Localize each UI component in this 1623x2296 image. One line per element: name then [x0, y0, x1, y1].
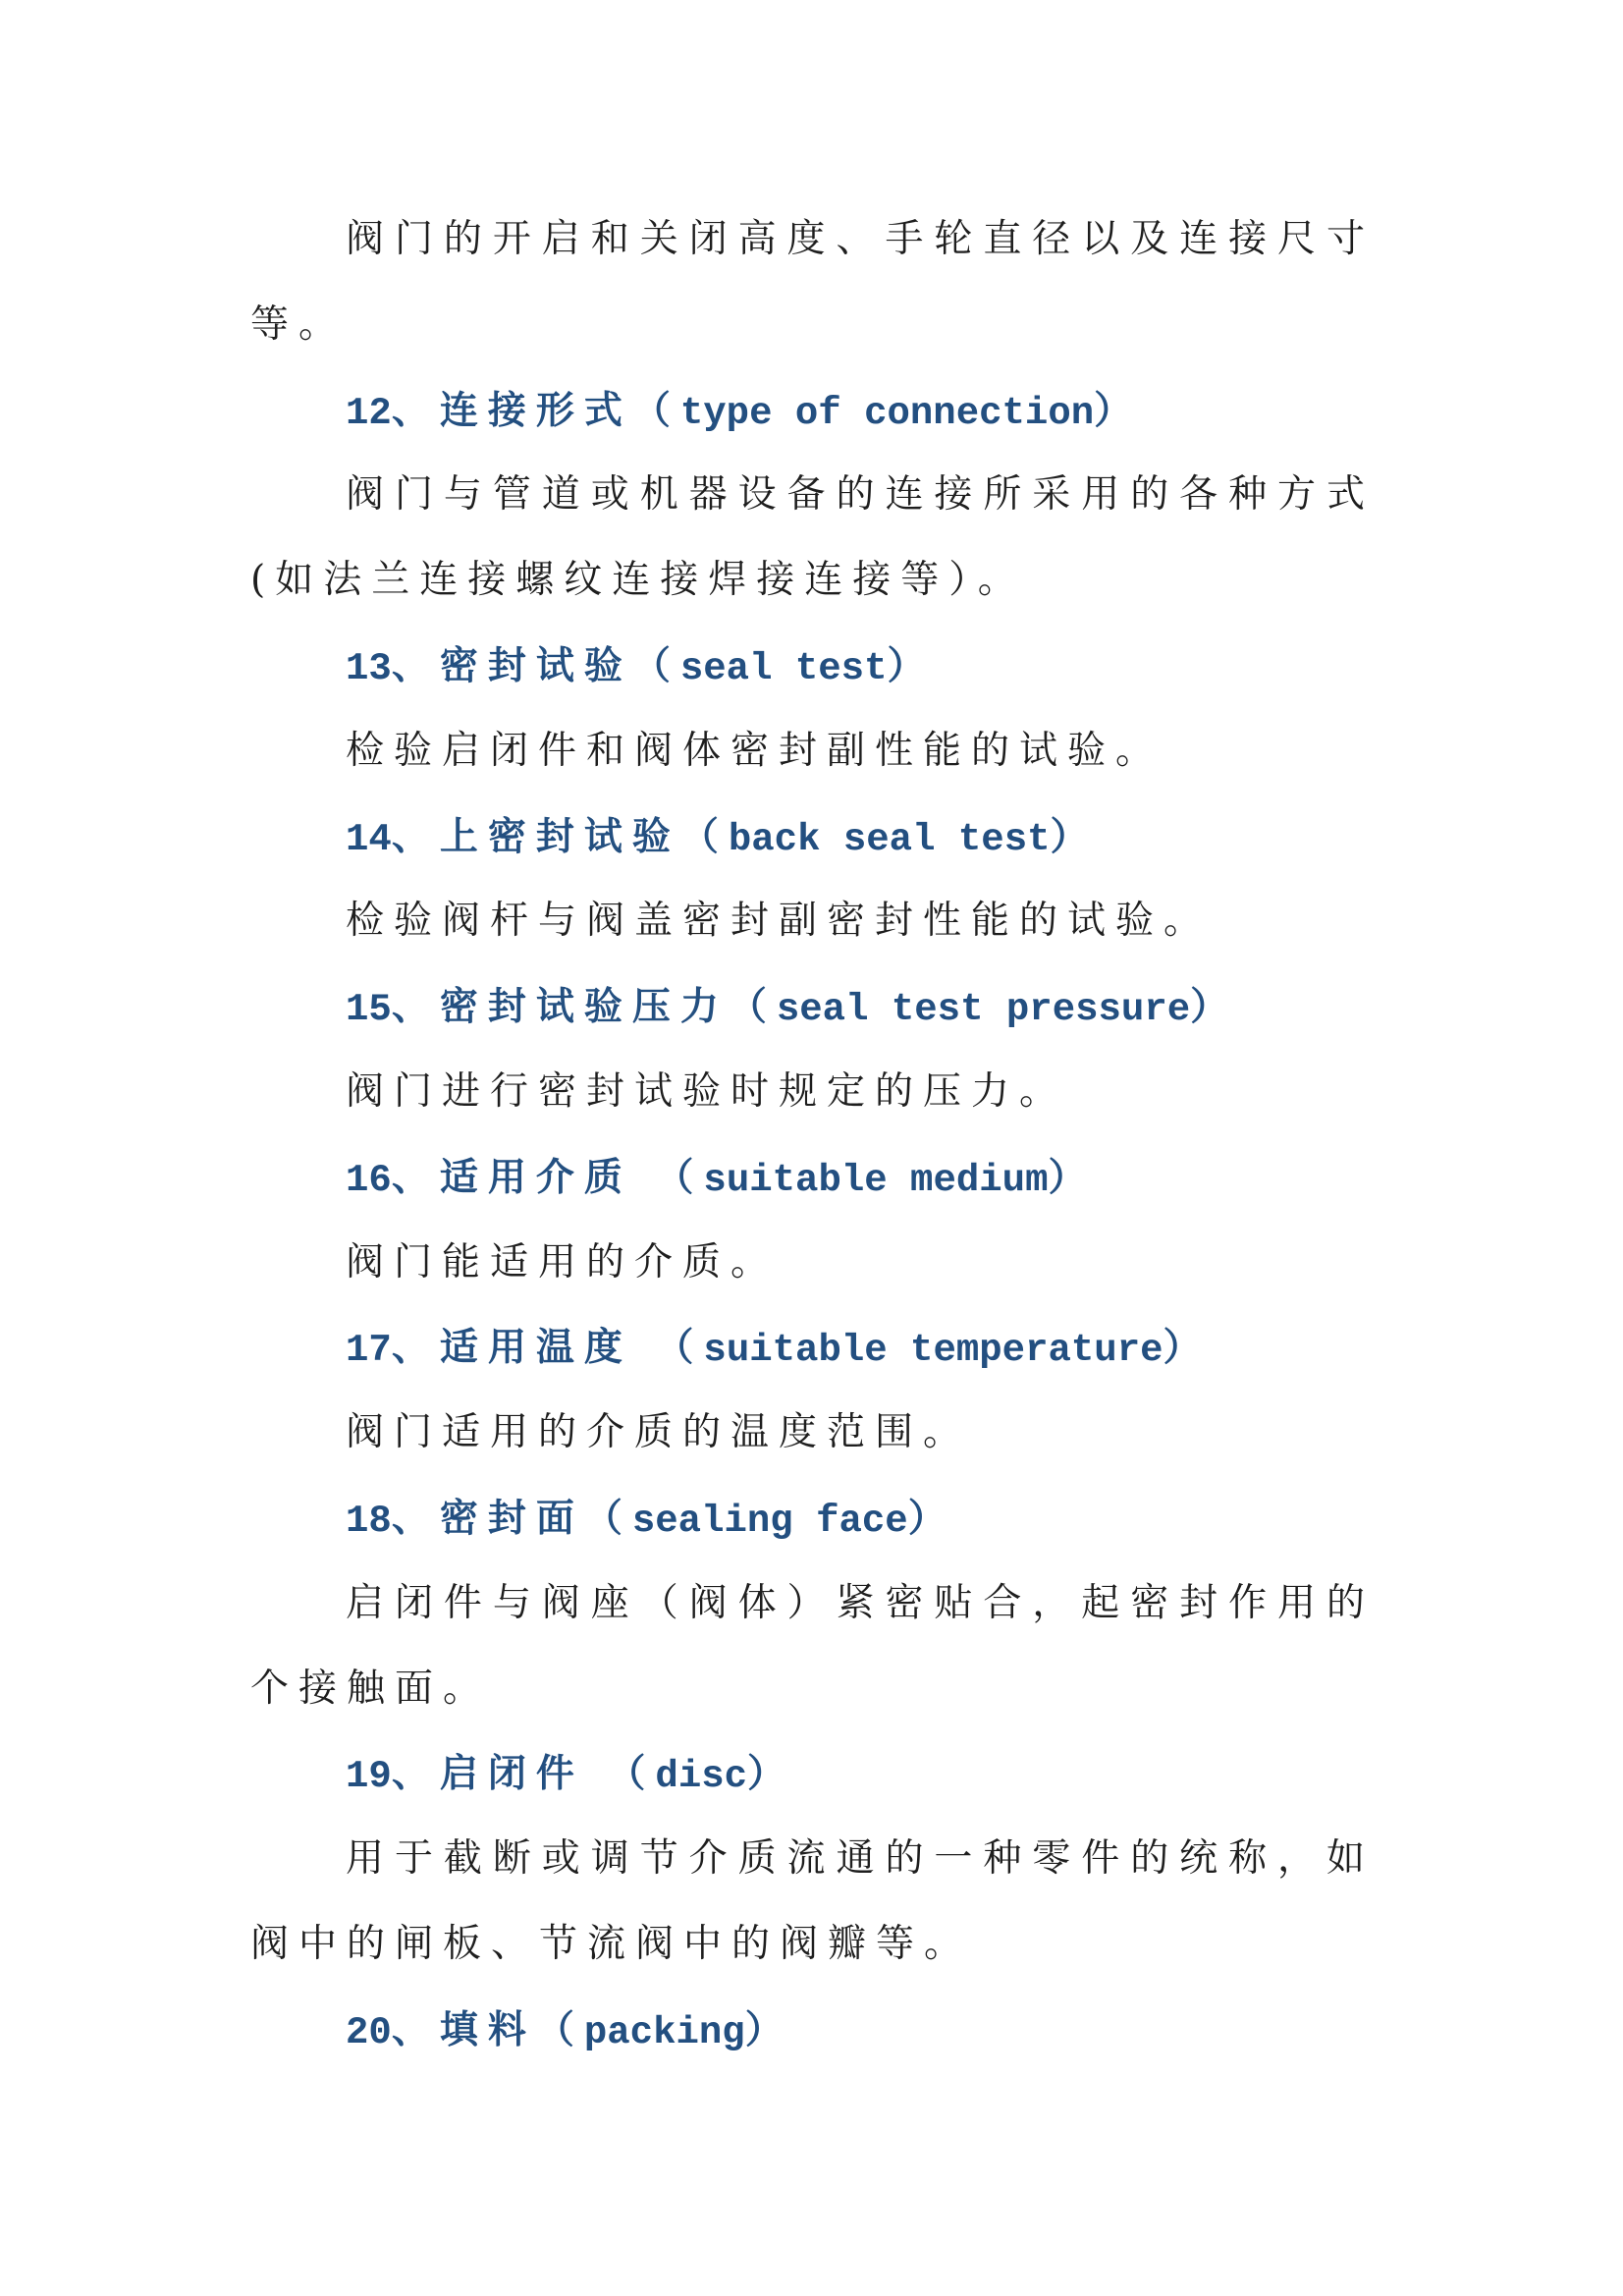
heading-number: 17 — [346, 1329, 392, 1372]
body-line: 个接触面。 — [250, 1647, 1375, 1732]
body-line: 阀门进行密封试验时规定的压力。 — [250, 1050, 1375, 1135]
heading-number: 16 — [346, 1159, 392, 1202]
body-line: 阀门适用的介质的温度范围。 — [250, 1391, 1375, 1476]
body-line: 阀中的闸板、节流阀中的阀瓣等。 — [250, 1902, 1375, 1988]
heading-title-cn: 密封面 — [440, 1496, 584, 1541]
heading-title-cn: 填料 — [440, 2007, 536, 2052]
heading-title-en: suitable medium — [703, 1159, 1048, 1202]
body-line: 等。 — [250, 283, 1375, 368]
heading-title-en: seal test pressure — [777, 988, 1190, 1031]
section-heading-13: 13、密封试验（seal test） — [250, 624, 1375, 709]
heading-separator: 、 — [392, 1155, 440, 1200]
heading-separator: 、 — [392, 643, 440, 688]
heading-open-paren: （ — [607, 1751, 655, 1796]
heading-open-paren: （ — [632, 388, 680, 433]
heading-title-en: back seal test — [729, 818, 1051, 861]
heading-number: 19 — [346, 1755, 392, 1798]
heading-title-cn: 连接形式 — [440, 388, 632, 433]
heading-title-cn: 适用介质 — [440, 1155, 656, 1200]
heading-separator: 、 — [392, 1751, 440, 1796]
heading-open-paren: （ — [584, 1496, 632, 1541]
section-heading-12: 12、连接形式（type of connection） — [250, 368, 1375, 454]
heading-close-paren: ） — [745, 2007, 793, 2052]
heading-separator: 、 — [392, 388, 440, 433]
section-heading-19: 19、启闭件 （disc） — [250, 1731, 1375, 1817]
heading-separator: 、 — [392, 1325, 440, 1370]
heading-number: 14 — [346, 818, 392, 861]
heading-open-paren: （ — [536, 2007, 584, 2052]
body-line: 阀门与管道或机器设备的连接所采用的各种方式 — [250, 453, 1375, 538]
heading-close-paren: ） — [1163, 1325, 1212, 1370]
section-heading-16: 16、适用介质 （suitable medium） — [250, 1135, 1375, 1221]
body-line: 启闭件与阀座（阀体）紧密贴合，起密封作用的两 — [250, 1561, 1375, 1647]
heading-title-en: disc — [655, 1755, 747, 1798]
heading-close-paren: ） — [1051, 814, 1099, 859]
section-heading-18: 18、密封面（sealing face） — [250, 1476, 1375, 1561]
body-line: 用于截断或调节介质流通的一种零件的统称，如闸 — [250, 1817, 1375, 1902]
heading-title-cn: 适用温度 — [440, 1325, 656, 1370]
heading-number: 18 — [346, 1500, 392, 1543]
heading-separator: 、 — [392, 1496, 440, 1541]
heading-title-cn: 密封试验 — [440, 643, 632, 688]
section-heading-15: 15、密封试验压力（seal test pressure） — [250, 964, 1375, 1050]
heading-separator: 、 — [392, 984, 440, 1029]
heading-title-en: suitable temperature — [703, 1329, 1163, 1372]
heading-close-paren: ） — [1094, 388, 1142, 433]
heading-close-paren: ） — [747, 1751, 795, 1796]
heading-title-cn: 密封试验压力 — [440, 984, 729, 1029]
heading-close-paren: ） — [1190, 984, 1238, 1029]
heading-title-en: type of connection — [680, 392, 1094, 435]
heading-title-cn: 上密封试验 — [440, 814, 680, 859]
heading-title-en: seal test — [680, 647, 888, 690]
heading-number: 12 — [346, 392, 392, 435]
heading-separator: 、 — [392, 2007, 440, 2052]
heading-number: 13 — [346, 647, 392, 690]
heading-title-en: packing — [584, 2011, 745, 2054]
heading-close-paren: ） — [1048, 1155, 1096, 1200]
heading-close-paren: ） — [888, 643, 936, 688]
heading-number: 15 — [346, 988, 392, 1031]
heading-number: 20 — [346, 2011, 392, 2054]
heading-open-paren: （ — [729, 984, 777, 1029]
heading-title-cn: 启闭件 — [440, 1751, 608, 1796]
section-heading-17: 17、适用温度 （suitable temperature） — [250, 1305, 1375, 1391]
body-line: 检验阀杆与阀盖密封副密封性能的试验。 — [250, 879, 1375, 964]
section-heading-14: 14、上密封试验（back seal test） — [250, 794, 1375, 880]
heading-open-paren: （ — [655, 1155, 703, 1200]
heading-close-paren: ） — [908, 1496, 956, 1541]
body-line: 阀门能适用的介质。 — [250, 1221, 1375, 1306]
heading-open-paren: （ — [680, 814, 729, 859]
heading-open-paren: （ — [632, 643, 680, 688]
body-line: (如法兰连接螺纹连接焊接连接等）。 — [250, 538, 1375, 624]
body-line: 检验启闭件和阀体密封副性能的试验。 — [250, 709, 1375, 794]
document-body: 阀门的开启和关闭高度、手轮直径以及连接尺寸 等。 12、连接形式（type of… — [250, 197, 1375, 2073]
document-page: 阀门的开启和关闭高度、手轮直径以及连接尺寸 等。 12、连接形式（type of… — [0, 0, 1623, 2296]
heading-separator: 、 — [392, 814, 440, 859]
heading-title-en: sealing face — [632, 1500, 908, 1543]
heading-open-paren: （ — [655, 1325, 703, 1370]
section-heading-20: 20、填料（packing） — [250, 1988, 1375, 2073]
body-line: 阀门的开启和关闭高度、手轮直径以及连接尺寸 — [250, 197, 1375, 283]
